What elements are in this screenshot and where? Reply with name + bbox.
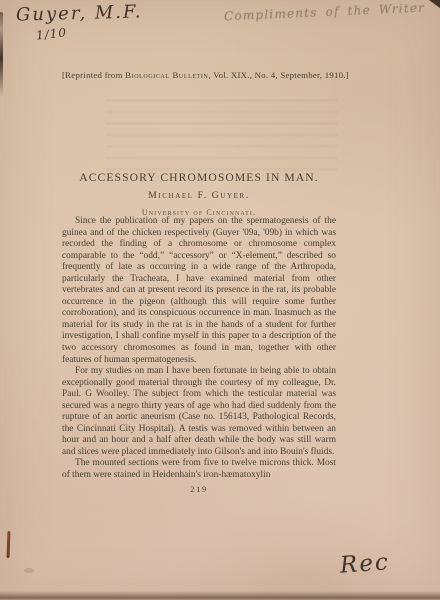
article-body: Since the publication of my papers on th…	[62, 216, 336, 495]
owner-inscription: Guyer, M.F.	[16, 1, 143, 25]
paragraph: For my studies on man I have been fortun…	[62, 366, 336, 458]
author-name: Michael F. Guyer.	[62, 190, 336, 201]
journal-name: Biological Bulletin	[125, 70, 208, 80]
bottom-page-edge-shadow	[0, 591, 440, 600]
page-number: 219	[62, 484, 336, 496]
article-title: ACCESSORY CHROMOSOMES IN MAN.	[62, 171, 336, 184]
article-heading: ACCESSORY CHROMOSOMES IN MAN. Michael F.…	[62, 171, 336, 217]
reverse-side-show-through	[106, 99, 338, 175]
reprint-suffix: , Vol. XIX., No. 4, September, 1910.]	[208, 70, 349, 80]
paper-smudge	[24, 568, 34, 573]
reprint-prefix: [Reprinted from	[62, 70, 125, 80]
paragraph: The mounted sections were from five to t…	[62, 458, 336, 481]
received-note: Rec	[339, 549, 391, 578]
paragraph: Since the publication of my papers on th…	[62, 216, 336, 366]
reprint-citation-line: [Reprinted from Biological Bulletin, Vol…	[62, 70, 336, 80]
torn-left-edge	[0, 12, 3, 96]
